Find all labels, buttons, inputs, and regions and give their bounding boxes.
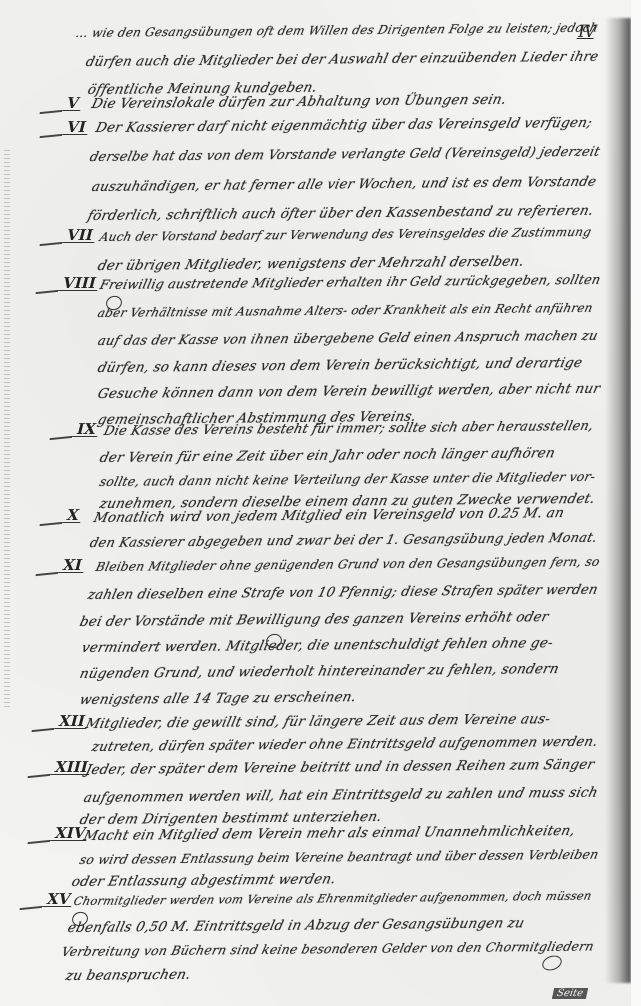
text-line: … wie den Gesangsübungen oft dem Willen … bbox=[74, 21, 599, 41]
text-line: dürfen, so kann dieses von dem Verein be… bbox=[96, 355, 584, 376]
text-line: sollte, auch dann nicht keine Verteilung… bbox=[98, 469, 597, 489]
paragraph-number: X bbox=[62, 508, 83, 523]
text-line: Gesuche können dann von dem Verein bewil… bbox=[96, 381, 602, 402]
manuscript-body: … wie den Gesangsübungen oft dem Willen … bbox=[0, 0, 641, 1006]
text-line: förderlich, schriftlich auch öfter über … bbox=[86, 203, 595, 224]
paragraph-number: V bbox=[62, 96, 83, 111]
text-line: wenigstens alle 14 Tage zu erscheinen. bbox=[78, 689, 358, 708]
text-line: zutreten, dürfen später wieder ohne Eint… bbox=[90, 735, 599, 755]
text-line: Die Vereinslokale dürfen zur Abhaltung v… bbox=[90, 92, 508, 112]
text-line: Der Kassierer darf nicht eigenmächtig üb… bbox=[94, 115, 594, 136]
text-line: der Verein für eine Zeit über ein Jahr o… bbox=[98, 445, 557, 466]
text-line: Chormitglieder werden vom Vereine als Eh… bbox=[72, 889, 593, 908]
text-line: zu beanspruchen. bbox=[64, 967, 192, 984]
text-line: Freiwillig austretende Mitglieder erhalt… bbox=[98, 273, 602, 293]
paragraph-number: XV bbox=[42, 892, 75, 907]
text-line: aber Verhältnisse mit Ausnahme Alters- o… bbox=[96, 301, 594, 320]
flourish-mark bbox=[540, 953, 564, 973]
text-line: Bleiben Mitglieder ohne genügenden Grund… bbox=[94, 555, 601, 574]
paragraph-number: VI bbox=[62, 120, 90, 135]
paragraph-number: VIII bbox=[58, 276, 100, 291]
text-line: der übrigen Mitglieder, wenigstens der M… bbox=[96, 254, 526, 275]
text-line: Auch der Vorstand bedarf zur Verwendung … bbox=[98, 225, 593, 244]
text-line: auf das der Kasse von ihnen übergebene G… bbox=[96, 329, 599, 349]
footer-mark: Seite bbox=[552, 988, 588, 999]
text-line: Mitglieder, die gewillt sind, für länger… bbox=[84, 711, 552, 732]
text-line: auszuhändigen, er hat ferner alle vier W… bbox=[90, 175, 598, 195]
text-line: vermindert werden. Mitglieder, die unent… bbox=[80, 635, 555, 656]
text-line: aufgenommen werden will, hat ein Eintrit… bbox=[82, 785, 599, 806]
text-line: so wird dessen Entlassung beim Vereine b… bbox=[78, 847, 600, 867]
text-line: nügenden Grund, und wiederholt hinterein… bbox=[78, 661, 560, 682]
paragraph-number: XI bbox=[58, 558, 86, 573]
text-line: ebenfalls 0,50 M. Eintrittsgeld in Abzug… bbox=[66, 915, 526, 936]
paragraph-number: VII bbox=[62, 228, 97, 243]
text-line: dürfen auch die Mitglieder bei der Auswa… bbox=[84, 50, 600, 70]
text-line: derselbe hat das von dem Vorstande verla… bbox=[88, 145, 601, 165]
text-line: zahlen dieselben eine Strafe von 10 Pfen… bbox=[86, 583, 599, 603]
paragraph-number: IX bbox=[72, 422, 100, 437]
text-line: Verbreitung von Büchern sind keine beson… bbox=[60, 938, 595, 959]
text-line: bei der Vorstände mit Bewilligung des ga… bbox=[78, 609, 550, 630]
text-line: oder Entlassung abgestimmt werden. bbox=[70, 871, 338, 890]
text-line: den Kassierer abgegeben und zwar bei der… bbox=[88, 531, 599, 551]
text-line: Jeder, der später dem Vereine beitritt u… bbox=[84, 757, 596, 778]
